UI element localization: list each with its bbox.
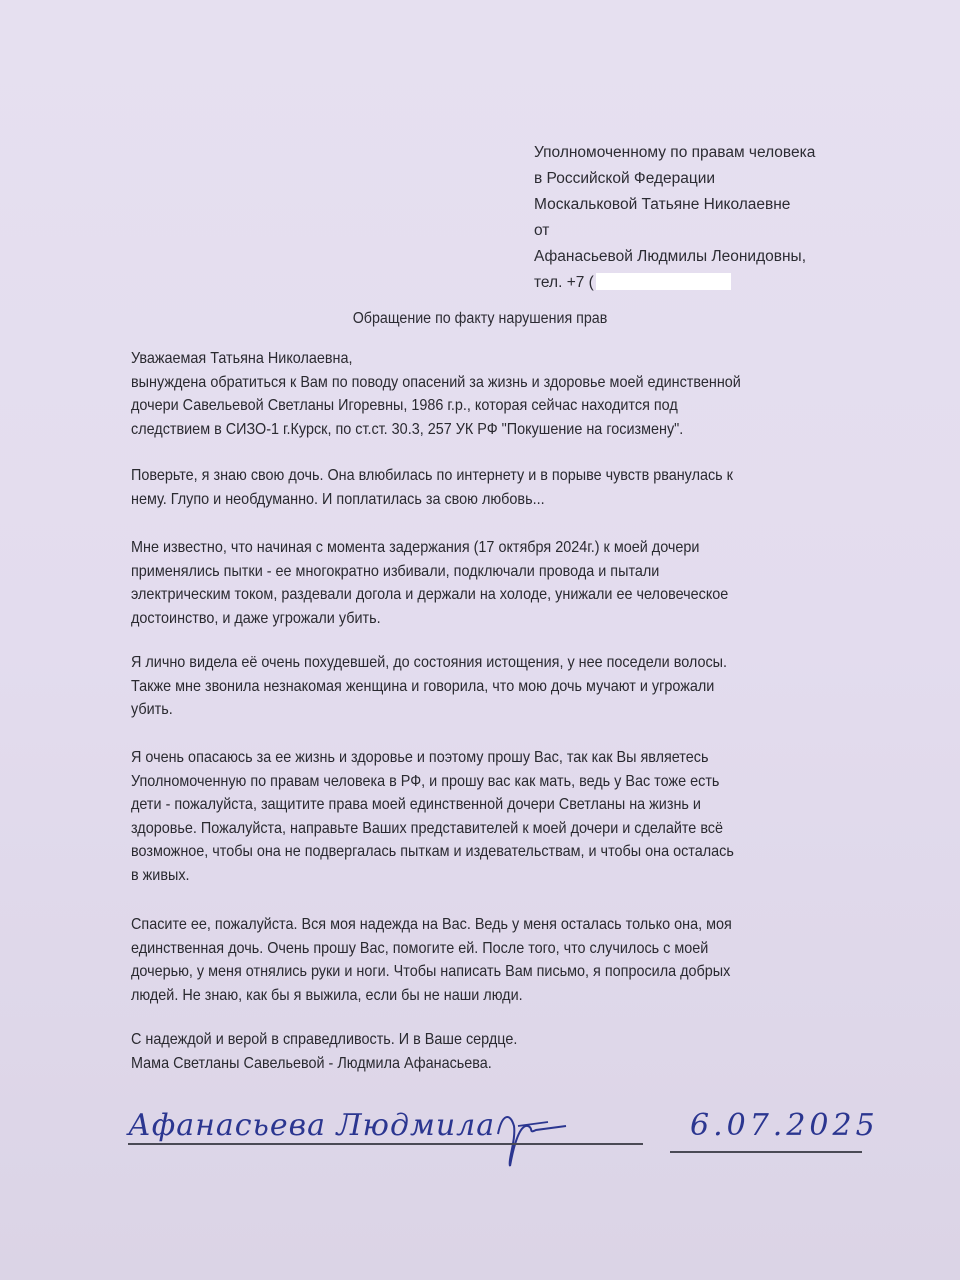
signature-scribble-icon bbox=[488, 1104, 578, 1174]
date-line bbox=[670, 1151, 862, 1153]
signature-line bbox=[128, 1143, 643, 1145]
letter-page: Уполномоченному по правам человека в Рос… bbox=[0, 0, 960, 1280]
handwritten-date: 6.07.2025 bbox=[690, 1108, 879, 1143]
handwritten-name: Афанасьева Людмила bbox=[128, 1108, 495, 1143]
signature-area: Афанасьева Людмила 6.07.2025 bbox=[0, 0, 960, 1280]
